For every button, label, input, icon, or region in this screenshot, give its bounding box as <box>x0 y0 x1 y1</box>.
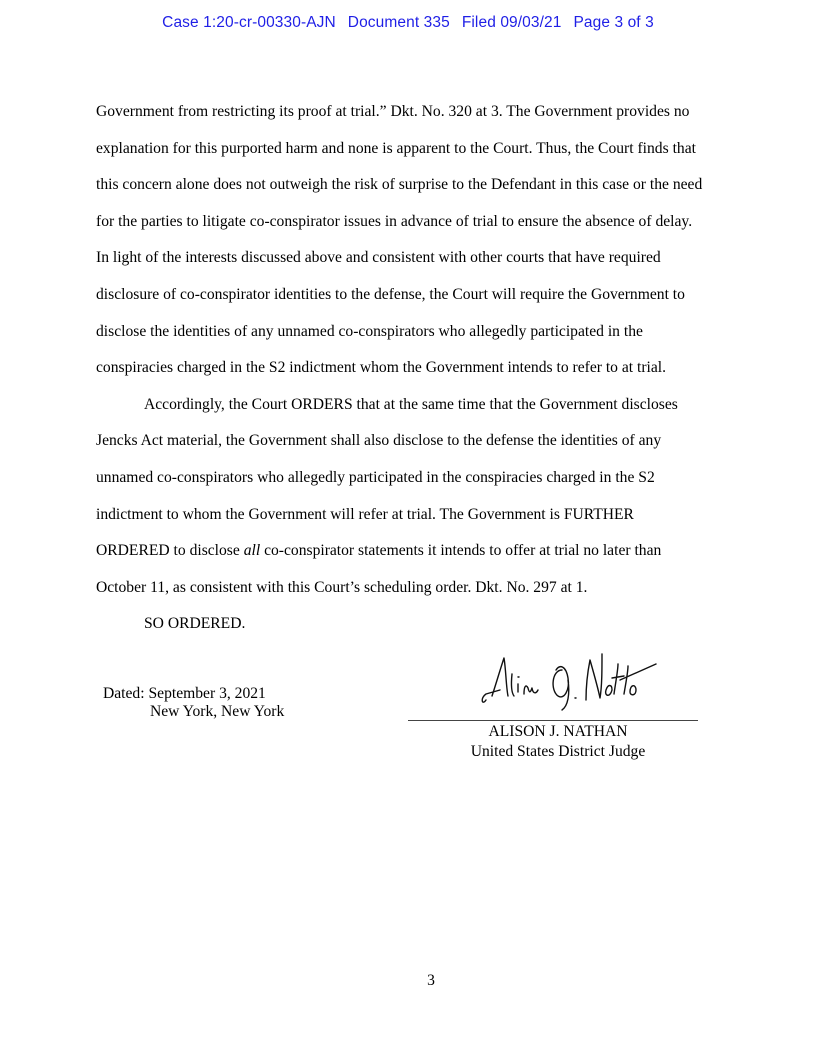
ordered-text-italic: all <box>244 542 260 559</box>
case-header: Case 1:20-cr-00330-AJNDocument 335Filed … <box>0 14 816 32</box>
dated-location: New York, New York <box>103 703 284 721</box>
dated-block: Dated: September 3, 2021 New York, New Y… <box>103 685 284 721</box>
handwritten-signature-icon <box>478 650 658 712</box>
body-line-ordered: ORDERED to disclose all co-conspirator s… <box>96 533 736 570</box>
signature-line <box>408 720 698 721</box>
order-body: Government from restricting its proof at… <box>96 94 736 643</box>
ordered-text-before: ORDERED to disclose <box>96 542 244 559</box>
case-number: Case 1:20-cr-00330-AJN <box>162 14 336 31</box>
body-line: disclose the identities of any unnamed c… <box>96 314 736 351</box>
judge-name: ALISON J. NATHAN <box>408 722 708 742</box>
judge-title: United States District Judge <box>408 742 708 762</box>
page-number: 3 <box>0 972 816 990</box>
body-line: conspiracies charged in the S2 indictmen… <box>96 350 736 387</box>
judge-info: ALISON J. NATHAN United States District … <box>408 722 708 762</box>
page-indicator: Page 3 of 3 <box>573 14 653 31</box>
body-line: October 11, as consistent with this Cour… <box>96 570 736 607</box>
so-ordered: SO ORDERED. <box>96 606 736 643</box>
ordered-text-after: co-conspirator statements it intends to … <box>260 542 661 559</box>
body-line-paragraph-start: Accordingly, the Court ORDERS that at th… <box>96 387 736 424</box>
body-line: this concern alone does not outweigh the… <box>96 167 736 204</box>
body-line: disclosure of co-conspirator identities … <box>96 277 736 314</box>
dated-label: Dated: <box>103 685 145 702</box>
body-line: unnamed co-conspirators who allegedly pa… <box>96 460 736 497</box>
dated-date: September 3, 2021 <box>148 685 265 702</box>
body-line: In light of the interests discussed abov… <box>96 240 736 277</box>
body-line: Government from restricting its proof at… <box>96 94 736 131</box>
body-line: explanation for this purported harm and … <box>96 131 736 168</box>
filed-date: Filed 09/03/21 <box>462 14 562 31</box>
body-line: for the parties to litigate co-conspirat… <box>96 204 736 241</box>
document-number: Document 335 <box>348 14 450 31</box>
body-line: Jencks Act material, the Government shal… <box>96 423 736 460</box>
body-line: indictment to whom the Government will r… <box>96 497 736 534</box>
